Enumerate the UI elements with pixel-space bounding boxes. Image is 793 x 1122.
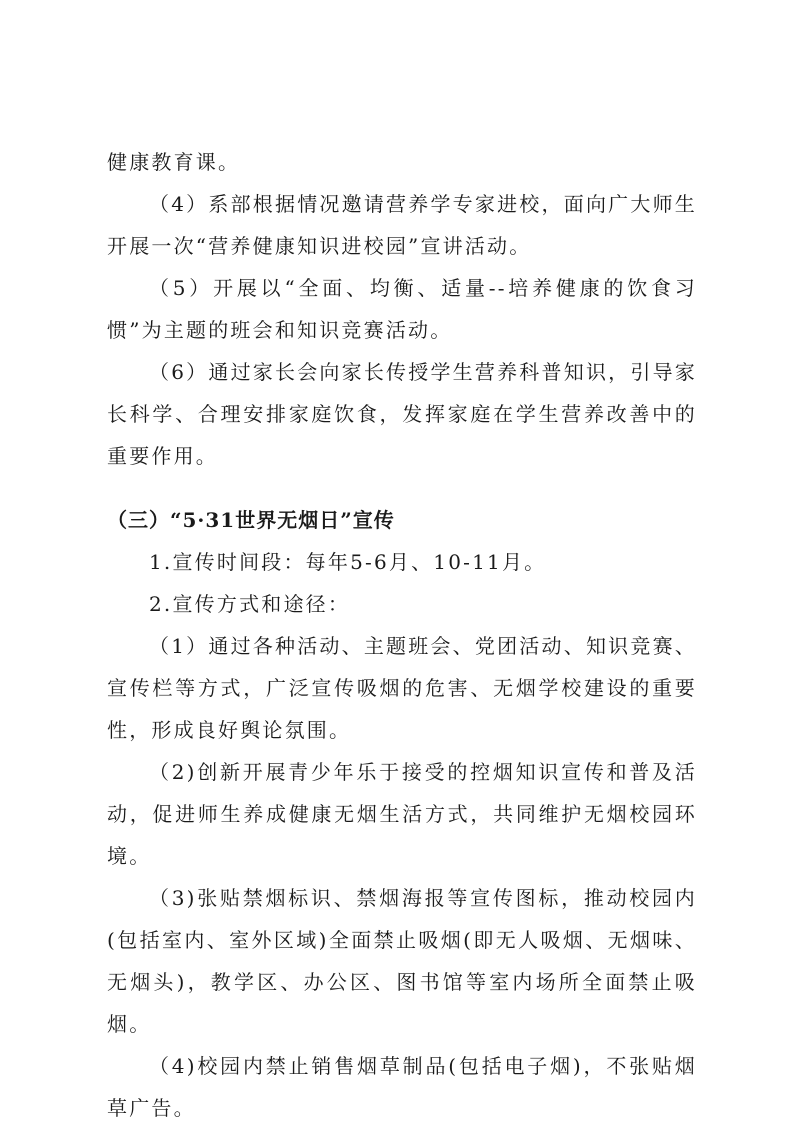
paragraph-continuation: 健康教育课。: [107, 141, 697, 183]
paragraph-item-6-parent-meeting: （6）通过家长会向家长传授学生营养科普知识，引导家长科学、合理安排家庭饮食，发挥…: [107, 351, 697, 477]
section-heading-no-tobacco-day: （三）“5·31世界无烟日”宣传: [107, 499, 697, 541]
paragraph-item-4-expert-lecture: （4）系部根据情况邀请营养学专家进校，面向广大师生开展一次“营养健康知识进校园”…: [107, 183, 697, 267]
paragraph-method-4-sales-ban: （4)校园内禁止销售烟草制品(包括电子烟)，不张贴烟草广告。: [107, 1045, 697, 1122]
paragraph-publicity-methods: 2.宣传方式和途径：: [107, 583, 697, 625]
paragraph-method-2-innovation: （2)创新开展青少年乐于接受的控烟知识宣传和普及活动，促进师生养成健康无烟生活方…: [107, 751, 697, 877]
paragraph-method-1-activities: （1）通过各种活动、主题班会、党团活动、知识竞赛、宣传栏等方式，广泛宣传吸烟的危…: [107, 625, 697, 751]
paragraph-item-5-class-meeting: （5）开展以“全面、均衡、适量--培养健康的饮食习惯”为主题的班会和知识竞赛活动…: [107, 267, 697, 351]
paragraph-method-3-signage: （3)张贴禁烟标识、禁烟海报等宣传图标，推动校园内(包括室内、室外区域)全面禁止…: [107, 877, 697, 1045]
document-page: 健康教育课。 （4）系部根据情况邀请营养学专家进校，面向广大师生开展一次“营养健…: [107, 141, 697, 1122]
paragraph-publicity-period: 1.宣传时间段：每年5-6月、10-11月。: [107, 541, 697, 583]
